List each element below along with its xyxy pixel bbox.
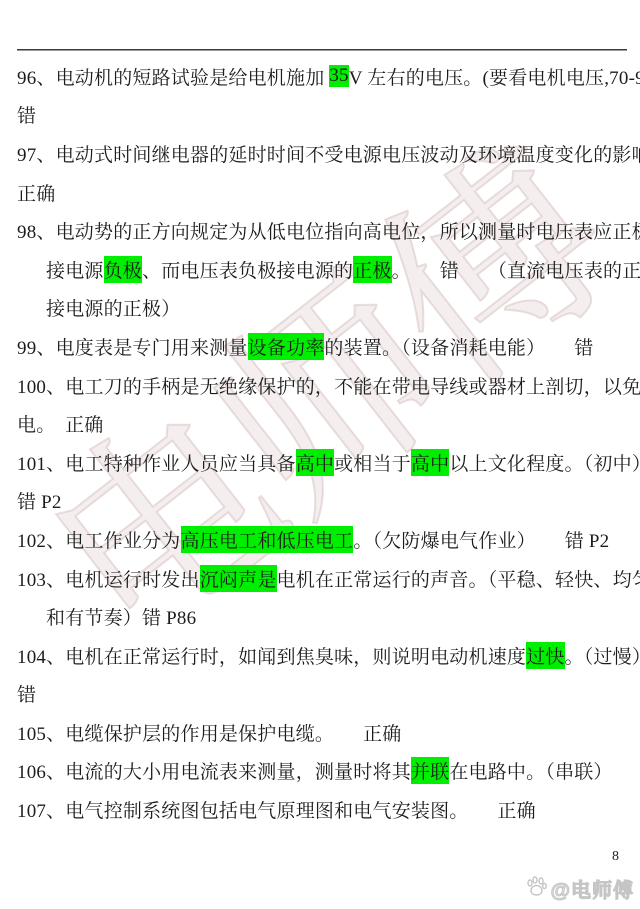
text-segment: 105、电缆保护层的作用是保护电缆。 正确	[17, 719, 401, 746]
highlighted-text: 过快	[526, 642, 564, 669]
text-line: 错	[17, 675, 629, 714]
highlighted-text: 负极	[104, 256, 142, 283]
text-segment: 106、电流的大小用电流表来测量，测量时将其	[17, 757, 411, 784]
text-segment: 错	[17, 680, 36, 707]
text-line: 接电源的正极）	[17, 289, 629, 328]
text-line: 电。 正确	[17, 404, 629, 443]
text-segment: 电。 正确	[17, 410, 104, 437]
text-line: 错	[17, 96, 629, 135]
text-line: 96、电动机的短路试验是给电机施加 35V 左右的电压。(要看电机电压,70-9…	[17, 57, 629, 96]
text-segment: 错	[17, 101, 36, 128]
text-line: 和有节奏）错 P86	[17, 597, 629, 636]
text-segment: 或相当于	[334, 449, 411, 476]
text-segment: 。 错 （直流电压表的正级	[392, 256, 640, 283]
text-line: 99、电度表是专门用来测量设备功率的装置。（设备消耗电能） 错	[17, 327, 629, 366]
text-segment: V 左右的电压。(要看电机电压,70-95V)	[349, 63, 640, 90]
text-segment: 103、电机运行时发出	[17, 565, 200, 592]
text-line: 正确	[17, 173, 629, 212]
text-line: 103、电机运行时发出沉闷声是电机在正常运行的声音。（平稳、轻快、均匀	[17, 559, 629, 598]
text-segment: 97、电动式时间继电器的延时时间不受电源电压波动及环境温度变化的影响。	[17, 140, 640, 167]
header-rule	[17, 49, 627, 51]
text-line: 接电源负极、而电压表负极接电源的正极。 错 （直流电压表的正级	[17, 250, 629, 289]
highlighted-text: 正极	[353, 256, 391, 283]
text-line: 97、电动式时间继电器的延时时间不受电源电压波动及环境温度变化的影响。	[17, 134, 629, 173]
footer-watermark: @电师傅	[524, 874, 634, 903]
highlighted-text: 并联	[411, 757, 449, 784]
highlighted-text: 高压电工和低压电工	[181, 526, 354, 553]
text-line: 102、电工作业分为高压电工和低压电工。（欠防爆电气作业） 错 P2	[17, 520, 629, 559]
text-segment: 107、电气控制系统图包括电气原理图和电气安装图。 正确	[17, 796, 536, 823]
text-segment: 、而电压表负极接电源的	[142, 256, 353, 283]
text-segment: 接电源	[46, 256, 104, 283]
text-segment: 的装置。（设备消耗电能） 错	[324, 333, 593, 360]
text-line: 107、电气控制系统图包括电气原理图和电气安装图。 正确	[17, 790, 629, 829]
text-segment: 接电源的正极）	[46, 294, 180, 321]
text-segment: 错 P2	[17, 487, 62, 514]
text-line: 98、电动势的正方向规定为从低电位指向高电位，所以测量时电压表应正极	[17, 211, 629, 250]
text-segment: 101、电工特种作业人员应当具备	[17, 449, 296, 476]
text-segment: 在电路中。（串联） 错	[449, 757, 640, 784]
text-segment: 。（欠防爆电气作业） 错 P2	[353, 526, 609, 553]
text-segment: 。（过慢）	[565, 642, 640, 669]
text-line: 100、电工刀的手柄是无绝缘保护的，不能在带电导线或器材上剖切，以免触	[17, 366, 629, 405]
document-page: 电师傅 96、电动机的短路试验是给电机施加 35V 左右的电压。(要看电机电压,…	[0, 0, 640, 909]
text-segment: 正确	[17, 179, 55, 206]
highlighted-text: 高中	[411, 449, 449, 476]
text-line: 错 P2	[17, 482, 629, 521]
text-segment: 104、电机在正常运行时，如闻到焦臭味，则说明电动机速度	[17, 642, 526, 669]
baidu-paw-icon	[524, 874, 548, 903]
highlighted-text: 高中	[296, 449, 334, 476]
text-segment: 99、电度表是专门用来测量	[17, 333, 248, 360]
text-segment: 96、电动机的短路试验是给电机施加	[17, 63, 329, 90]
highlighted-text: 沉闷声是	[200, 565, 277, 592]
text-segment: 100、电工刀的手柄是无绝缘保护的，不能在带电导线或器材上剖切，以免触	[17, 372, 640, 399]
text-line: 101、电工特种作业人员应当具备高中或相当于高中以上文化程度。（初中）	[17, 443, 629, 482]
footer-watermark-text: @电师傅	[550, 874, 634, 903]
text-segment: 电机在正常运行的声音。（平稳、轻快、均匀	[277, 565, 640, 592]
text-line: 104、电机在正常运行时，如闻到焦臭味，则说明电动机速度过快。（过慢）	[17, 636, 629, 675]
page-number: 8	[612, 849, 619, 865]
text-segment: 98、电动势的正方向规定为从低电位指向高电位，所以测量时电压表应正极	[17, 217, 640, 244]
highlighted-text: 设备功率	[248, 333, 325, 360]
highlighted-text: 35	[329, 65, 348, 87]
text-line: 106、电流的大小用电流表来测量，测量时将其并联在电路中。（串联） 错	[17, 752, 629, 791]
text-segment: 和有节奏）错 P86	[46, 603, 196, 630]
text-segment: 以上文化程度。（初中）	[449, 449, 640, 476]
document-body: 96、电动机的短路试验是给电机施加 35V 左右的电压。(要看电机电压,70-9…	[17, 57, 629, 829]
text-segment: 102、电工作业分为	[17, 526, 181, 553]
text-line: 105、电缆保护层的作用是保护电缆。 正确	[17, 713, 629, 752]
